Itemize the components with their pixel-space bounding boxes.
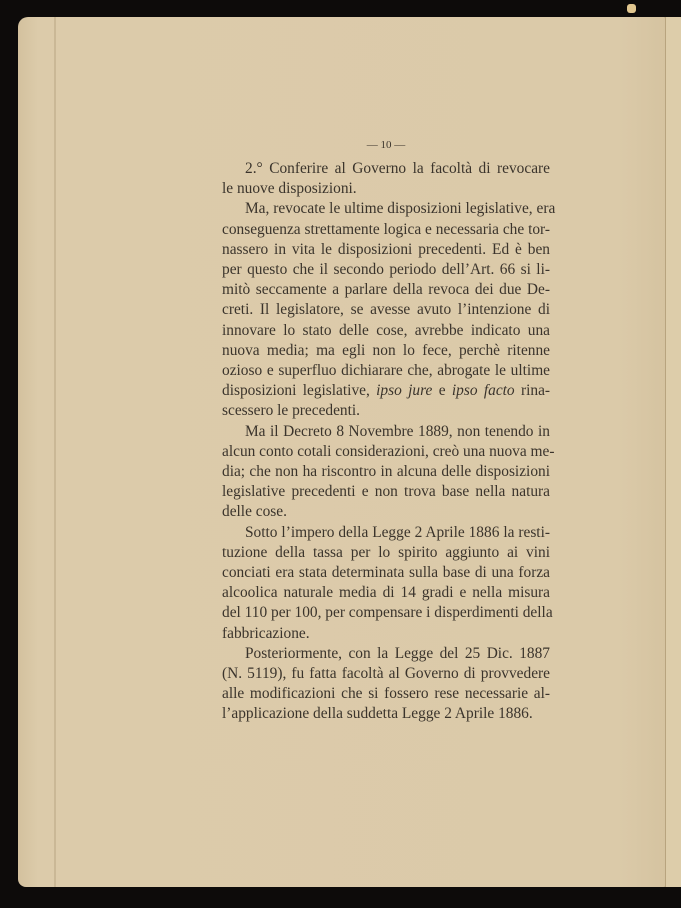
- paragraph-3: Ma il Decreto 8 Novembre 1889, non tenen…: [222, 422, 550, 523]
- text-line: legislative precedenti e non trova base …: [199, 482, 550, 502]
- text-line: alcoolica naturale media di 14 gradi e n…: [199, 583, 550, 603]
- text-line: dia; che non ha riscontro in alcuna dell…: [199, 462, 550, 482]
- text-line: nuova media; ma egli non lo fece, perchè…: [199, 341, 550, 361]
- text-line: creti. Il legislatore, se avesse avuto l…: [199, 300, 550, 320]
- text-line: fabbricazione.: [199, 624, 550, 644]
- text-run: e: [432, 382, 452, 399]
- italic-latin-phrase: ipso jure: [376, 382, 432, 399]
- text-line: l’applicazione della suddetta Legge 2 Ap…: [199, 704, 550, 724]
- text-line: scessero le precedenti.: [199, 401, 550, 421]
- text-line: alcun conto cotali considerazioni, creò …: [199, 442, 550, 462]
- text-line: alle modificazioni che si fossero rese n…: [199, 684, 550, 704]
- text-line: del 110 per 100, per compensare i disper…: [199, 603, 550, 623]
- text-line: innovare lo stato delle cose, avrebbe in…: [199, 321, 550, 341]
- text-line: nassero in vita le disposizioni preceden…: [199, 240, 550, 260]
- text-run: rina-: [515, 382, 550, 399]
- paper-tab-scrap: [627, 4, 636, 13]
- text-line: conciati era stata determinata sulla bas…: [199, 563, 550, 583]
- text-line: ozioso e superfluo dichiarare che, abrog…: [199, 361, 550, 381]
- text-line: le nuove disposizioni.: [199, 179, 550, 199]
- text-line: Posteriormente, con la Legge del 25 Dic.…: [222, 644, 550, 664]
- text-line: 2.° Conferire al Governo la facoltà di r…: [222, 159, 550, 179]
- paragraph-2: Ma, revocate le ultime disposizioni legi…: [222, 199, 550, 421]
- paragraph-5: Posteriormente, con la Legge del 25 Dic.…: [222, 644, 550, 725]
- italic-latin-phrase: ipso facto: [452, 382, 515, 399]
- text-line: (N. 5119), fu fatta facoltà al Governo d…: [199, 664, 550, 684]
- page-number: — 10 —: [222, 137, 550, 153]
- paragraph-4: Sotto l’impero della Legge 2 Aprile 1886…: [222, 523, 550, 644]
- text-run: disposizioni legislative,: [222, 382, 376, 399]
- text-line: conseguenza strettamente logica e necess…: [199, 220, 550, 240]
- text-line: delle cose.: [199, 502, 550, 522]
- text-line-with-italics: disposizioni legislative, ipso jure e ip…: [199, 381, 550, 401]
- page-binding-fold: [54, 17, 56, 887]
- text-line: Ma il Decreto 8 Novembre 1889, non tenen…: [222, 422, 550, 442]
- text-line: tuzione della tassa per lo spirito aggiu…: [199, 543, 550, 563]
- adjacent-page-edge: [665, 17, 681, 887]
- text-line: mitò seccamente a parlare della revoca d…: [199, 280, 550, 300]
- text-line: Sotto l’impero della Legge 2 Aprile 1886…: [222, 523, 550, 543]
- text-line: Ma, revocate le ultime disposizioni legi…: [222, 199, 550, 219]
- page-text-block: — 10 — 2.° Conferire al Governo la facol…: [222, 137, 550, 725]
- text-line: per questo che il secondo periodo dell’A…: [199, 260, 550, 280]
- paragraph-1: 2.° Conferire al Governo la facoltà di r…: [222, 159, 550, 199]
